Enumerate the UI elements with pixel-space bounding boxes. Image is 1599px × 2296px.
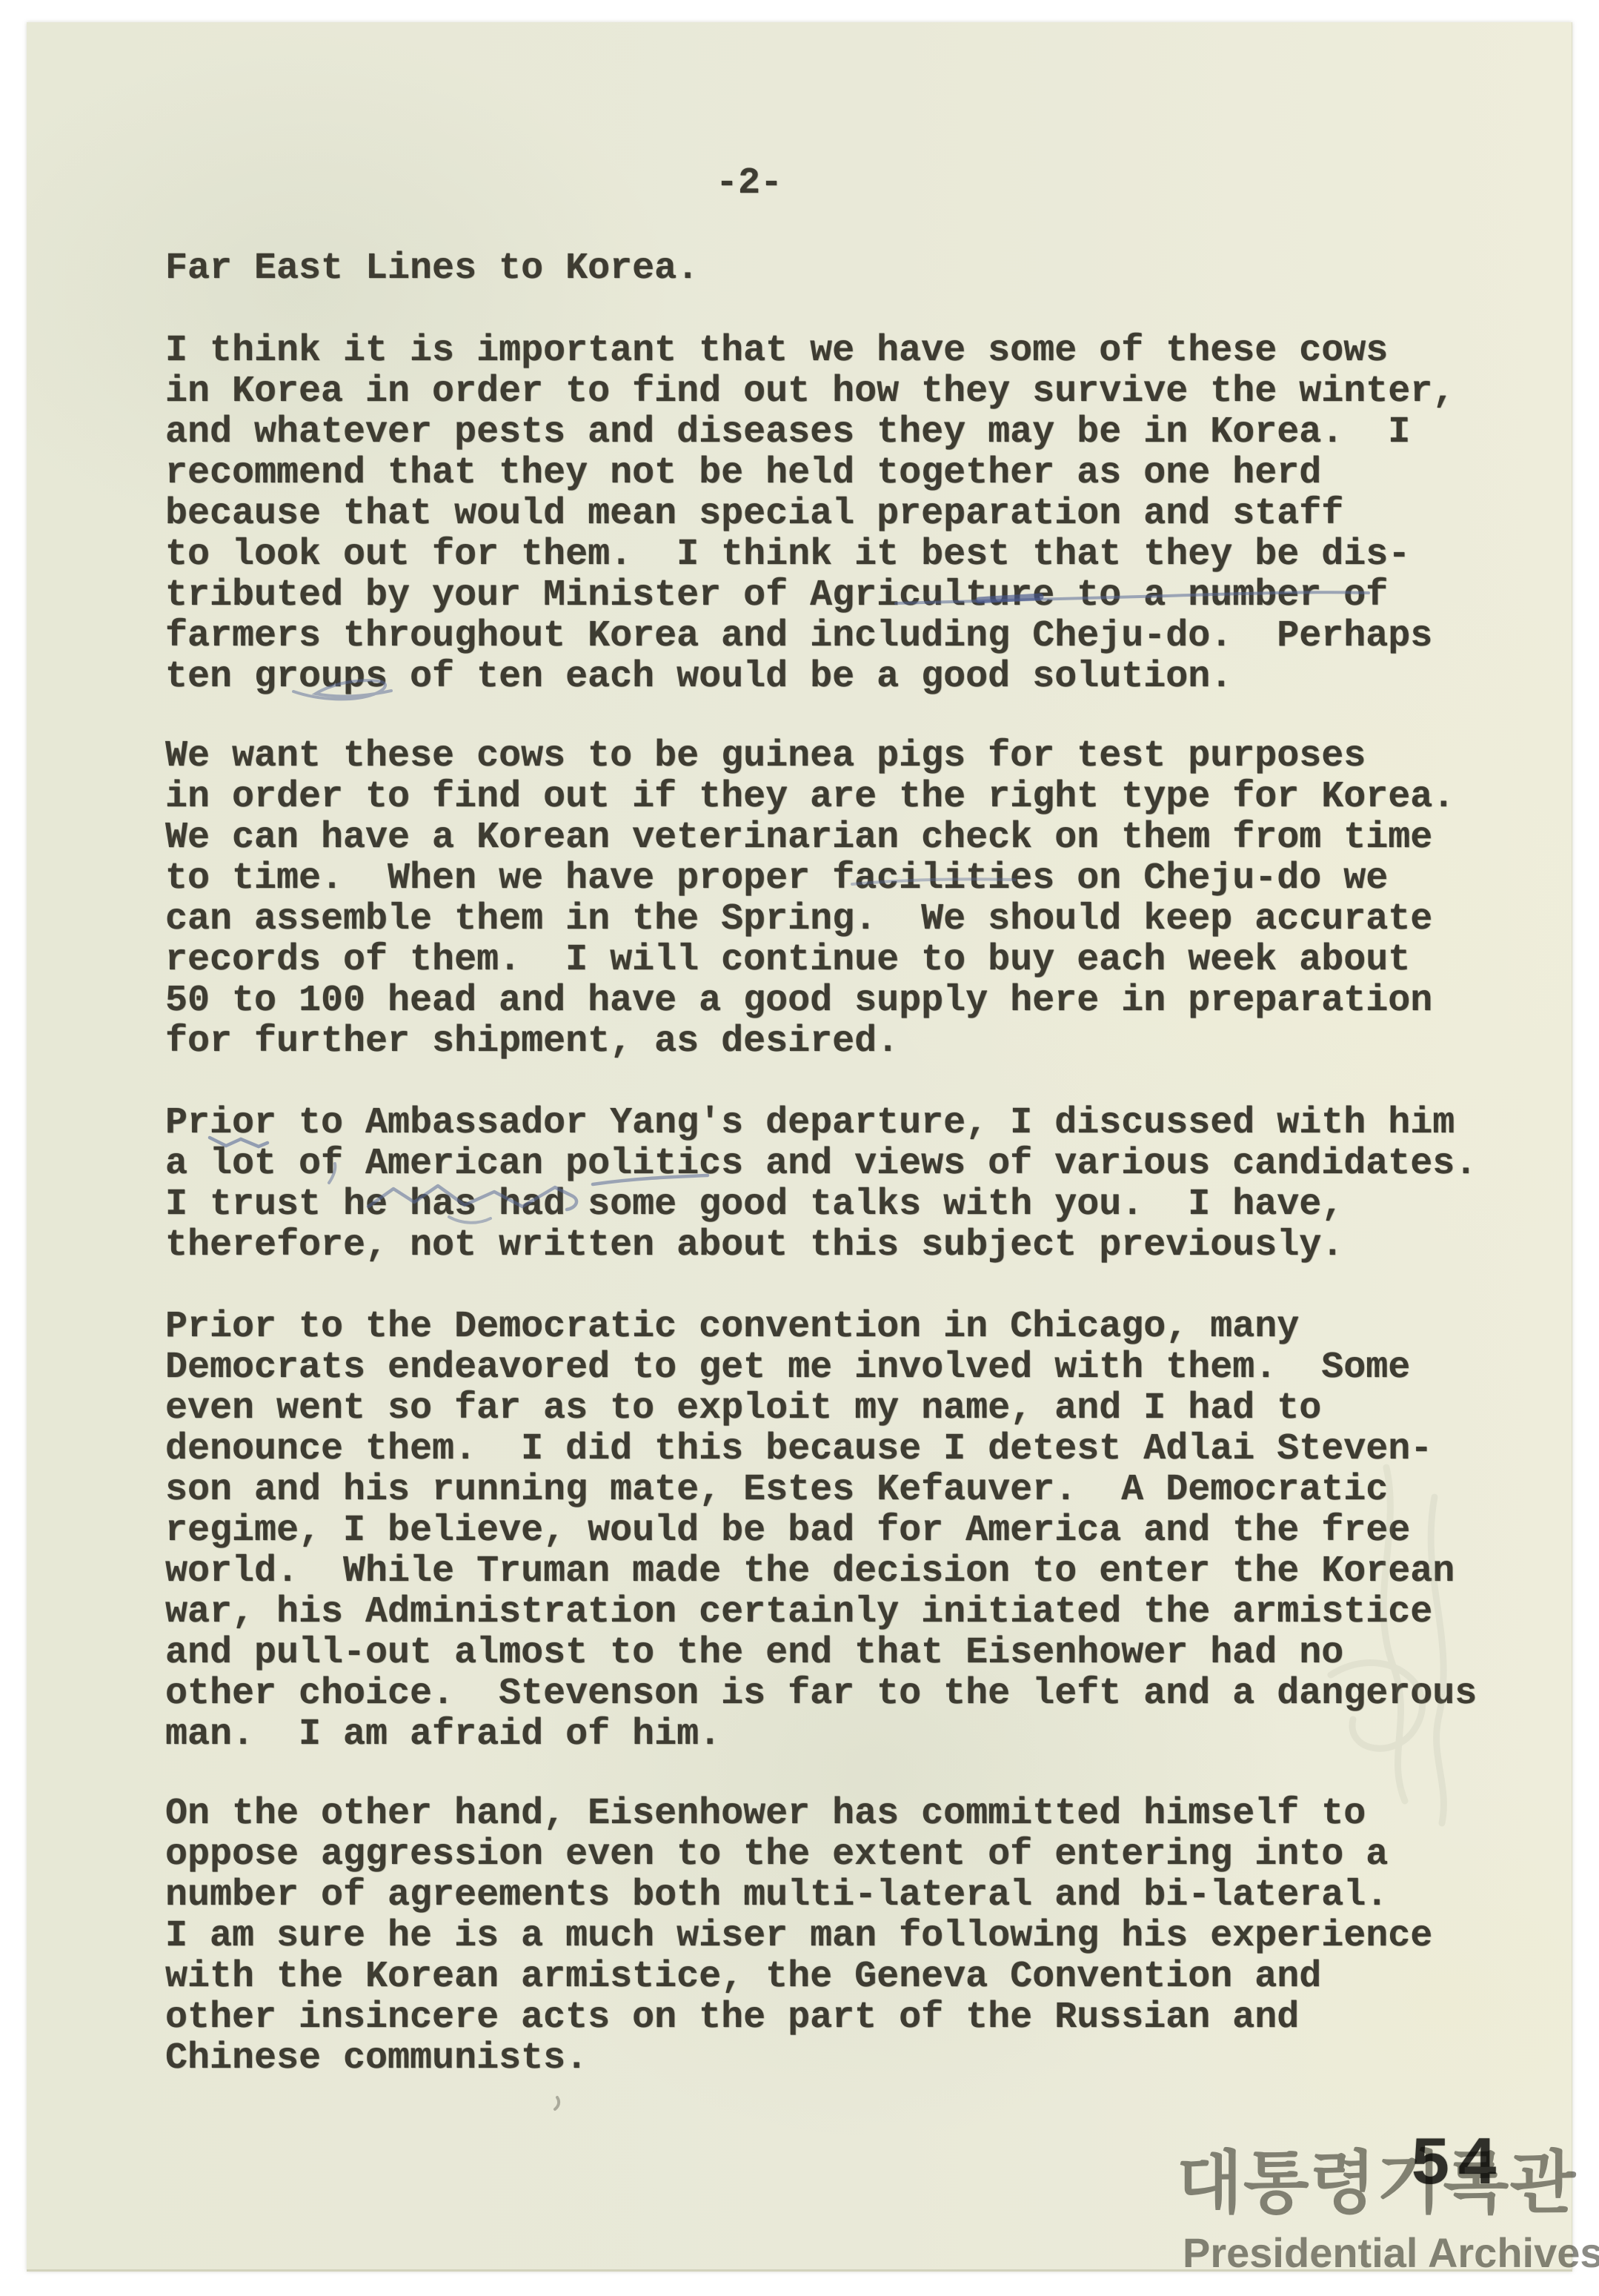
paragraph-ambassador-yang: Prior to Ambassador Yang's departure, I … xyxy=(165,1103,1477,1266)
paragraph-cows-distribution: I think it is important that we have som… xyxy=(165,331,1455,697)
scanned-document-image: -2- Far East Lines to Korea. I think it … xyxy=(0,0,1599,2296)
pen-speck xyxy=(555,2097,559,2109)
paragraph-eisenhower: On the other hand, Eisenhower has commit… xyxy=(165,1794,1432,2079)
archives-watermark-korean: 대통령기록관 xyxy=(1177,2146,1599,2220)
archives-watermark: 대통령기록관 Presidential Archives xyxy=(1177,2146,1599,2275)
document-page: -2- Far East Lines to Korea. I think it … xyxy=(27,22,1572,2272)
paragraph-guinea-pigs: We want these cows to be guinea pigs for… xyxy=(165,736,1455,1062)
subject-line: Far East Lines to Korea. xyxy=(165,248,699,289)
archives-watermark-english: Presidential Archives xyxy=(1183,2231,1599,2275)
page-number: -2- xyxy=(716,163,782,204)
paragraph-democratic-convention: Prior to the Democratic convention in Ch… xyxy=(165,1307,1477,1755)
